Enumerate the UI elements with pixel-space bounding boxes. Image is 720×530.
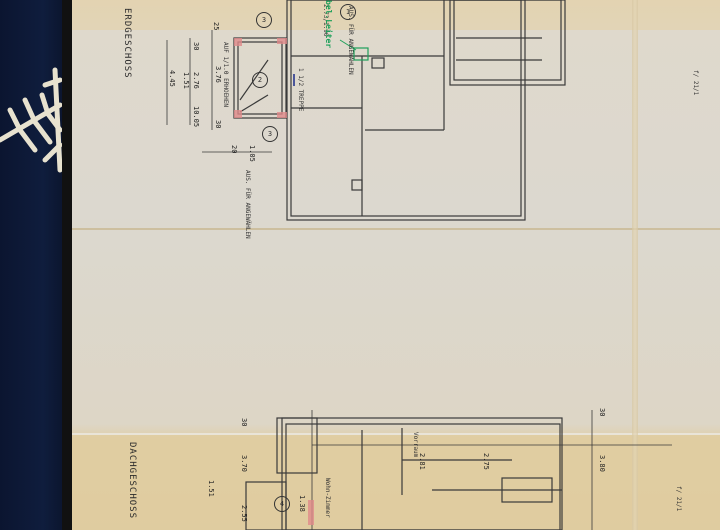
floor-title-attic: DACHGESCHOSS <box>127 442 137 519</box>
plan-note: 1 1/2 TREPPE <box>297 68 304 111</box>
margin-note: f/ 21/1 <box>675 486 682 511</box>
plan-note: AUF 1/1.0 ERHOEHEN <box>222 42 229 107</box>
dimension: 3.76 <box>214 66 222 83</box>
room-marker: 3 <box>262 126 278 142</box>
floor-plan-sheet: ERDGESCHOSS DACHGESCHOSS 3 2 3 1 4 25 30… <box>72 0 720 530</box>
dimension: 2.76 <box>192 72 200 89</box>
dimension: 25 <box>212 22 220 30</box>
plan-note: Vorraum <box>412 432 419 457</box>
snowflake-pattern <box>0 50 70 180</box>
floor-title-ground: ERDGESCHOSS <box>122 8 132 79</box>
dimension: 1.51 <box>207 480 215 497</box>
dimension: 30 <box>598 408 606 416</box>
dimension: 10.05 <box>192 106 200 127</box>
dimension: 1.05 <box>248 145 256 162</box>
dimension: 3.80 <box>598 455 606 472</box>
dimension: 20 <box>230 145 238 153</box>
dimension: 30 <box>192 42 200 50</box>
dimension: 2.55 <box>240 505 248 522</box>
dimension: 30 <box>240 418 248 426</box>
margin-note: f/ 21/1 <box>692 70 699 95</box>
green-annotation: bel.Leiter <box>324 0 333 48</box>
dimension: 2.75 <box>482 453 490 470</box>
dimension: 4.45 <box>168 70 176 87</box>
dimension: 30 <box>214 120 222 128</box>
room-marker: 2 <box>252 72 268 88</box>
room-marker: 3 <box>256 12 272 28</box>
plan-note: AUS. FÜR ANGEWÄHLEN <box>244 170 251 239</box>
room-marker: 4 <box>274 496 290 512</box>
plan-note: AUS. FÜR ANGEWÄHLEN <box>347 6 354 75</box>
plan-note: Wohn-Zimmer <box>324 478 331 518</box>
dimension: 3.70 <box>240 455 248 472</box>
dimension: 2.81 <box>418 453 426 470</box>
dimension: 1.51 <box>182 72 190 89</box>
dimension: 1.38 <box>298 495 306 512</box>
